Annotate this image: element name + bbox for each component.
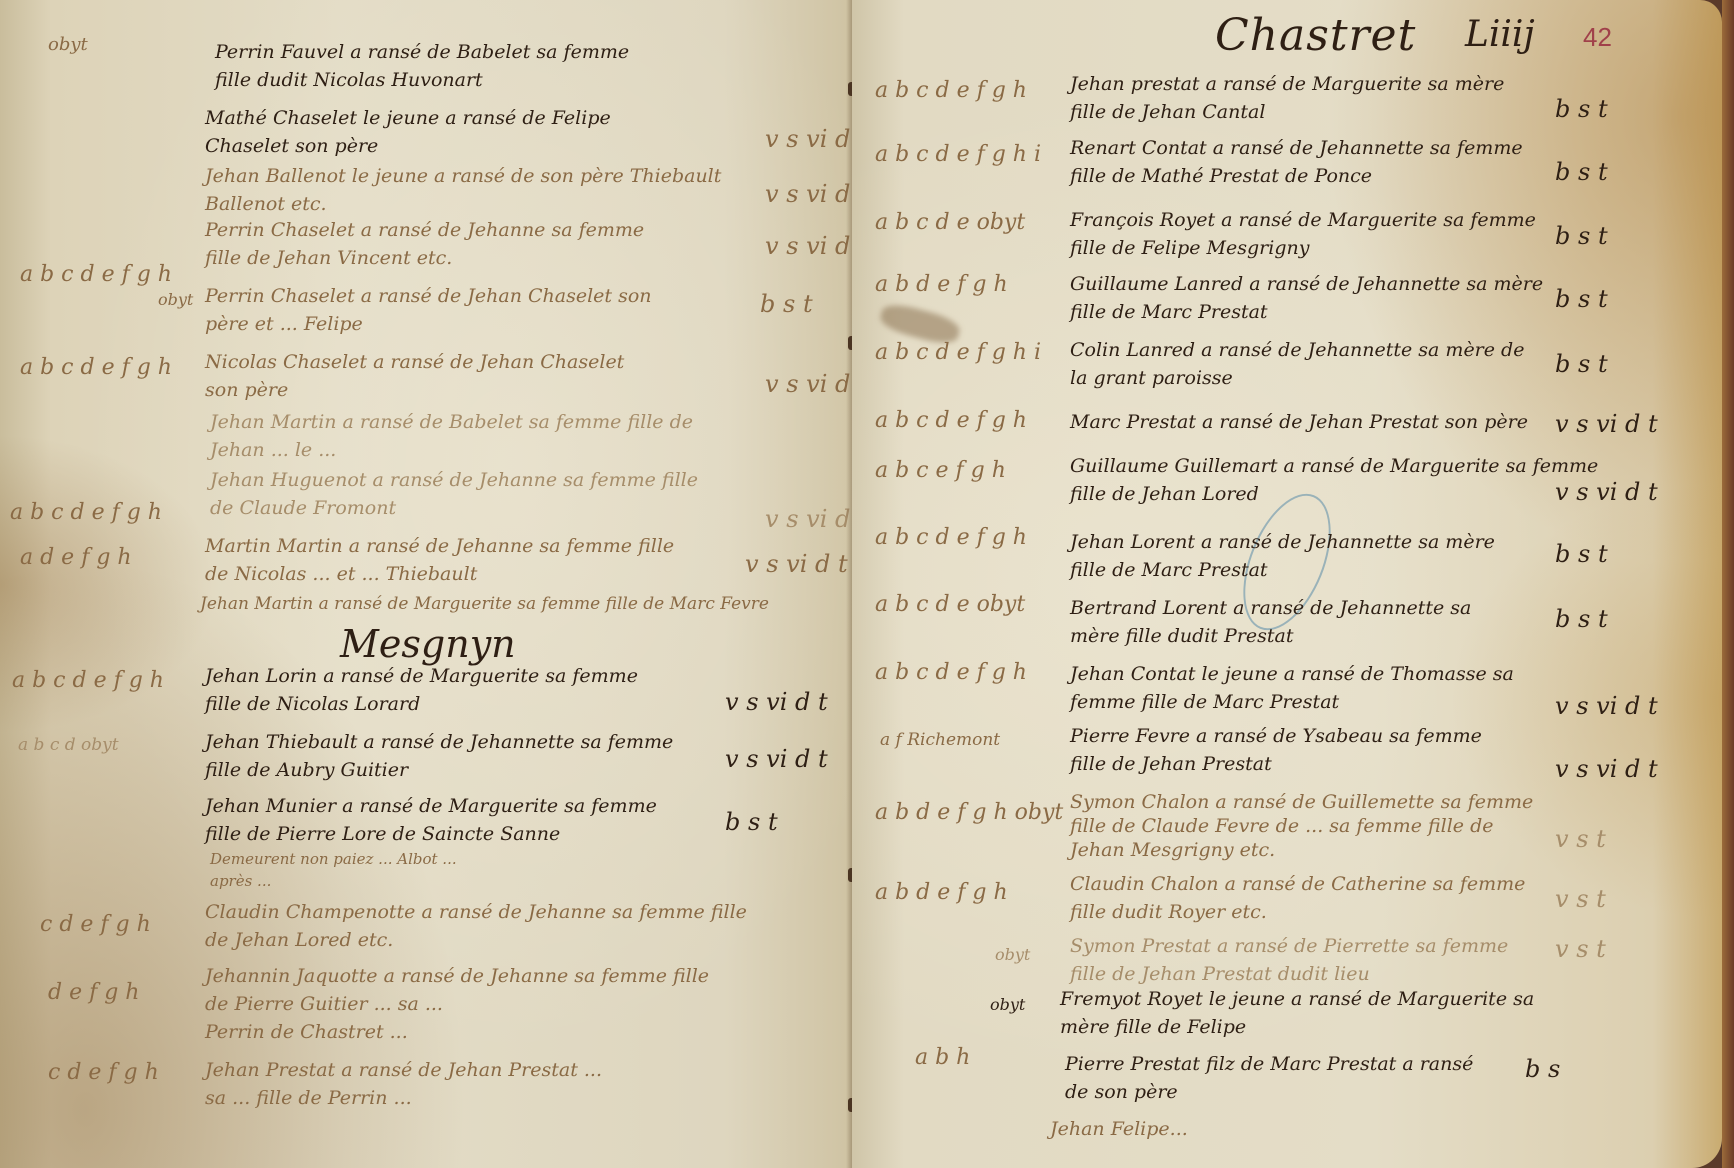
entry-line: Perrin Fauvel a ransé de Babelet sa femm… [215, 38, 629, 66]
entry-line: Colin Lanred a ransé de Jehannette sa mè… [1070, 336, 1524, 364]
margin-note: a b c d e obyt [875, 592, 1025, 617]
entry-line: de Nicolas ... et ... Thiebault [205, 560, 674, 588]
margin-note: a b c d e f g h [12, 668, 164, 693]
tax-amount: v s vi d t [1555, 478, 1658, 506]
tax-amount: v s vi d [765, 370, 850, 398]
margin-note: a b c d e f g h [20, 262, 172, 287]
tax-amount: v s t [1555, 825, 1606, 853]
entry-line: fille de Marc Prestat [1070, 298, 1543, 326]
tax-amount: v s vi d t [725, 688, 828, 716]
register-entry: Nicolas Chaselet a ransé de Jehan Chasel… [205, 348, 624, 404]
register-entry: Claudin Chalon a ransé de Catherine sa f… [1070, 870, 1525, 926]
entry-line: Marc Prestat a ransé de Jehan Prestat so… [1070, 408, 1528, 436]
entry-line: fille de Aubry Guitier [205, 756, 673, 784]
tax-amount: v s t [1555, 935, 1606, 963]
tax-amount: v s vi d t [745, 550, 848, 578]
margin-note: a b c d e f g h [875, 660, 1027, 685]
tax-amount: b s t [1555, 350, 1608, 378]
margin-note: a b c d e f g h i [875, 340, 1041, 365]
tax-amount: b s t [725, 808, 778, 836]
margin-note: a b c d e f g h [875, 78, 1027, 103]
register-entry: Jehan Munier a ransé de Marguerite sa fe… [205, 792, 657, 848]
entry-line: Jehan Ballenot le jeune a ransé de son p… [205, 162, 721, 190]
entry-line: femme fille de Marc Prestat [1070, 688, 1514, 716]
entry-line: François Royet a ransé de Marguerite sa … [1070, 206, 1536, 234]
register-entry: Bertrand Lorent a ransé de Jehannette sa… [1070, 594, 1471, 650]
register-entry: Jehan Martin a ransé de Marguerite sa fe… [200, 590, 769, 618]
entry-line: Jehan Contat le jeune a ransé de Thomass… [1070, 660, 1514, 688]
folio-number: Liiij [1465, 14, 1535, 55]
entry-line: fille de Mathé Prestat de Ponce [1070, 162, 1523, 190]
tax-amount: v s vi d [765, 180, 850, 208]
margin-note: a b d e f g h [875, 272, 1008, 297]
margin-note: a b d e f g h obyt [875, 800, 1063, 825]
entry-line: Symon Chalon a ransé de Guillemette sa f… [1070, 790, 1533, 814]
tax-amount: b s t [1555, 285, 1608, 313]
entry-line: Ballenot etc. [205, 190, 721, 218]
register-entry: Jehan Thiebault a ransé de Jehannette sa… [205, 728, 673, 784]
entry-line: Jehan Mesgrigny etc. [1070, 838, 1533, 862]
entry-line: Renart Contat a ransé de Jehannette sa f… [1070, 134, 1523, 162]
tax-amount: v s vi d [765, 232, 850, 260]
margin-note: obyt [990, 995, 1025, 1014]
entry-line: Jehan ... le ... [210, 436, 693, 464]
register-entry: Symon Chalon a ransé de Guillemette sa f… [1070, 790, 1533, 862]
left-page: obyt Perrin Fauvel a ransé de Babelet sa… [0, 0, 852, 1168]
entry-line: mère fille de Felipe [1060, 1013, 1534, 1041]
entry-line: Jehan Felipe... [1050, 1115, 1188, 1143]
entry-line: après ... [210, 870, 457, 892]
entry-line: Guillaume Lanred a ransé de Jehannette s… [1070, 270, 1543, 298]
margin-note: obyt [158, 290, 193, 309]
margin-note: a b c e f g h [875, 458, 1006, 483]
entry-line: de Pierre Guitier ... sa ... [205, 990, 709, 1018]
entry-line: Jehan Lorin a ransé de Marguerite sa fem… [205, 662, 638, 690]
tax-amount: v s vi d t [1555, 410, 1658, 438]
entry-line: de son père [1065, 1078, 1473, 1106]
entry-line: fille de Pierre Lore de Saincte Sanne [205, 820, 657, 848]
register-entry: Guillaume Guillemart a ransé de Margueri… [1070, 452, 1598, 508]
margin-note: a b c d e f g h [875, 525, 1027, 550]
entry-line: fille de Jehan Lored [1070, 480, 1598, 508]
tax-amount: v s vi d t [765, 125, 852, 153]
register-entry: Claudin Champenotte a ransé de Jehanne s… [205, 898, 747, 954]
tax-amount: b s t [1555, 95, 1608, 123]
tax-amount: v s vi d t [725, 745, 828, 773]
entry-line: Jehannin Jaquotte a ransé de Jehanne sa … [205, 962, 709, 990]
margin-note: a f Richemont [880, 730, 1000, 750]
entry-line: Bertrand Lorent a ransé de Jehannette sa [1070, 594, 1471, 622]
tax-amount: b s t [1555, 540, 1608, 568]
tax-amount: b s t [760, 290, 813, 318]
entry-line: Symon Prestat a ransé de Pierrette sa fe… [1070, 932, 1508, 960]
page-number: 42 [1583, 22, 1612, 53]
register-entry: Jehan Ballenot le jeune a ransé de son p… [205, 162, 721, 218]
entry-line: Demeurent non paiez ... Albot ... [210, 848, 457, 870]
entry-line: fille de Jehan Vincent etc. [205, 244, 644, 272]
entry-line: Nicolas Chaselet a ransé de Jehan Chasel… [205, 348, 624, 376]
entry-line: Fremyot Royet le jeune a ransé de Margue… [1060, 985, 1534, 1013]
book-edge [1722, 0, 1734, 1168]
entry-line: mère fille dudit Prestat [1070, 622, 1471, 650]
register-entry: François Royet a ransé de Marguerite sa … [1070, 206, 1536, 262]
register-entry: Marc Prestat a ransé de Jehan Prestat so… [1070, 408, 1528, 436]
tax-amount: v s t [1555, 885, 1606, 913]
register-entry: Jehan Martin a ransé de Babelet sa femme… [210, 408, 693, 464]
entry-line: sa ... fille de Perrin ... [205, 1084, 602, 1112]
margin-note: a b d e f g h [875, 880, 1008, 905]
register-entry: Perrin Chaselet a ransé de Jehan Chasele… [205, 282, 652, 338]
tax-amount: v s vi d t [1555, 692, 1658, 720]
entry-line: Pierre Prestat filz de Marc Prestat a ra… [1065, 1050, 1473, 1078]
margin-note: a d e f g h [20, 545, 132, 570]
entry-line: Perrin Chaselet a ransé de Jehanne sa fe… [205, 216, 644, 244]
margin-note: a b c d obyt [18, 735, 119, 755]
entry-line: père et ... Felipe [205, 310, 652, 338]
entry-line: Claudin Champenotte a ransé de Jehanne s… [205, 898, 747, 926]
register-entry: Guillaume Lanred a ransé de Jehannette s… [1070, 270, 1543, 326]
entry-line: fille de Jehan Cantal [1070, 98, 1504, 126]
entry-line: fille de Nicolas Lorard [205, 690, 638, 718]
margin-note: a b h [915, 1045, 970, 1070]
register-entry: Perrin Chaselet a ransé de Jehanne sa fe… [205, 216, 644, 272]
register-entry: Jehannin Jaquotte a ransé de Jehanne sa … [205, 962, 709, 1046]
entry-line: Jehan Martin a ransé de Marguerite sa fe… [200, 590, 769, 618]
margin-note: a b c d e f g h i [875, 142, 1041, 167]
register-entry: Jehan prestat a ransé de Marguerite sa m… [1070, 70, 1504, 126]
entry-line: fille de Felipe Mesgrigny [1070, 234, 1536, 262]
entry-line: fille de Jehan Prestat [1070, 750, 1482, 778]
register-entry: Jehan Felipe... [1050, 1115, 1188, 1143]
tax-amount: b s [1525, 1055, 1560, 1083]
register-entry: Renart Contat a ransé de Jehannette sa f… [1070, 134, 1523, 190]
entry-line: Perrin de Chastret ... [205, 1018, 709, 1046]
entry-line: son père [205, 376, 624, 404]
entry-line: Chaselet son père [205, 132, 611, 160]
margin-note: a b c d e f g h [875, 408, 1027, 433]
tax-amount: v s vi d t [1555, 755, 1658, 783]
entry-line: Martin Martin a ransé de Jehanne sa femm… [205, 532, 674, 560]
margin-note: d e f g h [48, 980, 139, 1005]
entry-line: fille de Marc Prestat [1070, 556, 1495, 584]
register-entry: Pierre Prestat filz de Marc Prestat a ra… [1065, 1050, 1473, 1106]
tax-amount: b s t [1555, 605, 1608, 633]
page-header-title: Chastret [1215, 10, 1416, 61]
entry-line: Jehan Lorent a ransé de Jehannette sa mè… [1070, 528, 1495, 556]
entry-line: Jehan Prestat a ransé de Jehan Prestat .… [205, 1056, 602, 1084]
entry-line: de Claude Fromont [210, 494, 698, 522]
tax-amount: v s vi d [765, 505, 850, 533]
entry-line: fille de Jehan Prestat dudit lieu [1070, 960, 1508, 988]
register-entry: Jehan Lorin a ransé de Marguerite sa fem… [205, 662, 638, 718]
register-entry: Jehan Prestat a ransé de Jehan Prestat .… [205, 1056, 602, 1112]
register-entry: Pierre Fevre a ransé de Ysabeau sa femme… [1070, 722, 1482, 778]
register-entry: Jehan Lorent a ransé de Jehannette sa mè… [1070, 528, 1495, 584]
register-entry: Martin Martin a ransé de Jehanne sa femm… [205, 532, 674, 588]
register-entry: Mathé Chaselet le jeune a ransé de Felip… [205, 104, 611, 160]
register-entry: Jehan Huguenot a ransé de Jehanne sa fem… [210, 466, 698, 522]
margin-note: c d e f g h [40, 912, 151, 937]
entry-line: Pierre Fevre a ransé de Ysabeau sa femme [1070, 722, 1482, 750]
entry-line: Perrin Chaselet a ransé de Jehan Chasele… [205, 282, 652, 310]
tax-amount: b s t [1555, 222, 1608, 250]
register-entry: Fremyot Royet le jeune a ransé de Margue… [1060, 985, 1534, 1041]
entry-line: Jehan Munier a ransé de Marguerite sa fe… [205, 792, 657, 820]
margin-note: obyt [995, 945, 1030, 964]
register-entry: Demeurent non paiez ... Albot ... après … [210, 848, 457, 892]
margin-note: a b c d e f g h [10, 500, 162, 525]
entry-line: fille dudit Nicolas Huvonart [215, 66, 629, 94]
register-entry: Colin Lanred a ransé de Jehannette sa mè… [1070, 336, 1524, 392]
entry-line: Jehan Martin a ransé de Babelet sa femme… [210, 408, 693, 436]
register-entry: Perrin Fauvel a ransé de Babelet sa femm… [215, 38, 629, 94]
entry-line: Jehan prestat a ransé de Marguerite sa m… [1070, 70, 1504, 98]
margin-note: obyt [48, 34, 88, 55]
open-manuscript: obyt Perrin Fauvel a ransé de Babelet sa… [0, 0, 1734, 1168]
register-entry: Jehan Contat le jeune a ransé de Thomass… [1070, 660, 1514, 716]
margin-note: a b c d e f g h [20, 355, 172, 380]
tax-amount: b s t [1555, 158, 1608, 186]
section-heading: Mesgnyn [340, 622, 516, 666]
entry-line: Jehan Thiebault a ransé de Jehannette sa… [205, 728, 673, 756]
register-entry: Symon Prestat a ransé de Pierrette sa fe… [1070, 932, 1508, 988]
entry-line: Claudin Chalon a ransé de Catherine sa f… [1070, 870, 1525, 898]
entry-line: Mathé Chaselet le jeune a ransé de Felip… [205, 104, 611, 132]
entry-line: Guillaume Guillemart a ransé de Margueri… [1070, 452, 1598, 480]
entry-line: de Jehan Lored etc. [205, 926, 747, 954]
entry-line: la grant paroisse [1070, 364, 1524, 392]
entry-line: Jehan Huguenot a ransé de Jehanne sa fem… [210, 466, 698, 494]
entry-line: fille de Claude Fevre de ... sa femme fi… [1070, 814, 1533, 838]
margin-note: c d e f g h [48, 1060, 159, 1085]
margin-note: a b c d e obyt [875, 210, 1025, 235]
entry-line: fille dudit Royer etc. [1070, 898, 1525, 926]
